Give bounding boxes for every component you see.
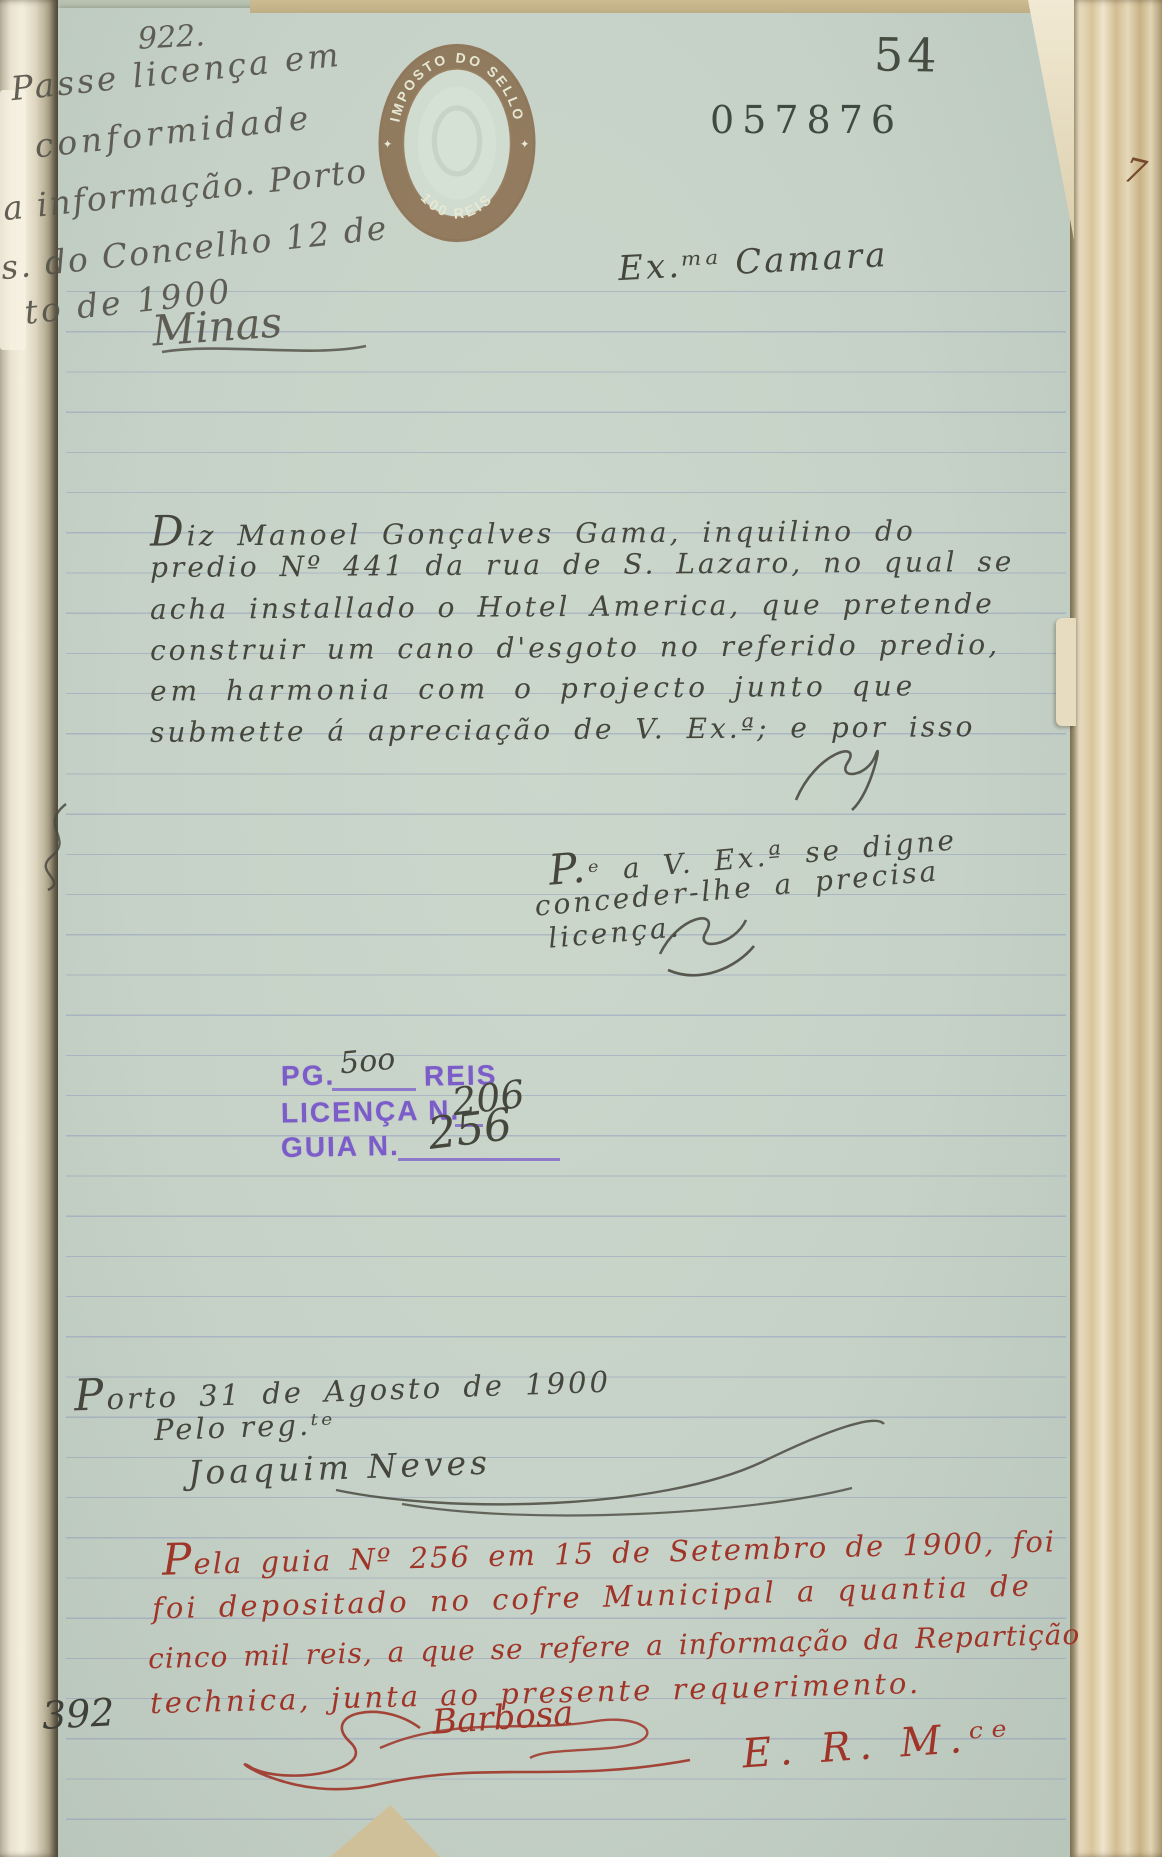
margin-squiggle: [20, 800, 100, 895]
fee-pg-value: 5oo: [339, 1042, 397, 1082]
body-line: em harmonia com o projecto junto que: [150, 669, 916, 707]
fee-guia-label: GUIA N.: [281, 1130, 400, 1164]
document-page: 922. Passe licença em conformidade a inf…: [0, 0, 1162, 1857]
revenue-stamp: IMPOSTO DO SELLO 100 REIS ✦ ✦: [373, 42, 541, 244]
petition-flourish: [648, 902, 763, 990]
signature-sweep-flourish: [330, 1392, 890, 1524]
body-line: predio Nº 441 da rua de S. Lazaro, no qu…: [150, 545, 1015, 584]
registry-number: 392: [41, 1690, 116, 1738]
stamp-rosette-icon: ✦: [520, 137, 530, 151]
closing-by-line: Pelo reg.ᵗᵉ: [153, 1407, 336, 1447]
margin-signature-flourish: [160, 338, 370, 364]
page-tab: [1056, 618, 1076, 726]
stamp-rosette-icon: ✦: [383, 137, 393, 151]
fee-pg-label: PG.: [281, 1060, 336, 1093]
body-flourish: [782, 736, 892, 818]
fee-guia-value: 256: [425, 1099, 515, 1160]
serial-number: 057876: [710, 98, 903, 142]
page-edges-stack: [1070, 0, 1162, 1857]
body-line: acha installado o Hotel America, que pre…: [150, 587, 995, 626]
folio-number: 54: [874, 27, 941, 82]
body-line: construir um cano d'esgoto no referido p…: [150, 628, 1000, 667]
page-top-edge: [250, 0, 1070, 13]
